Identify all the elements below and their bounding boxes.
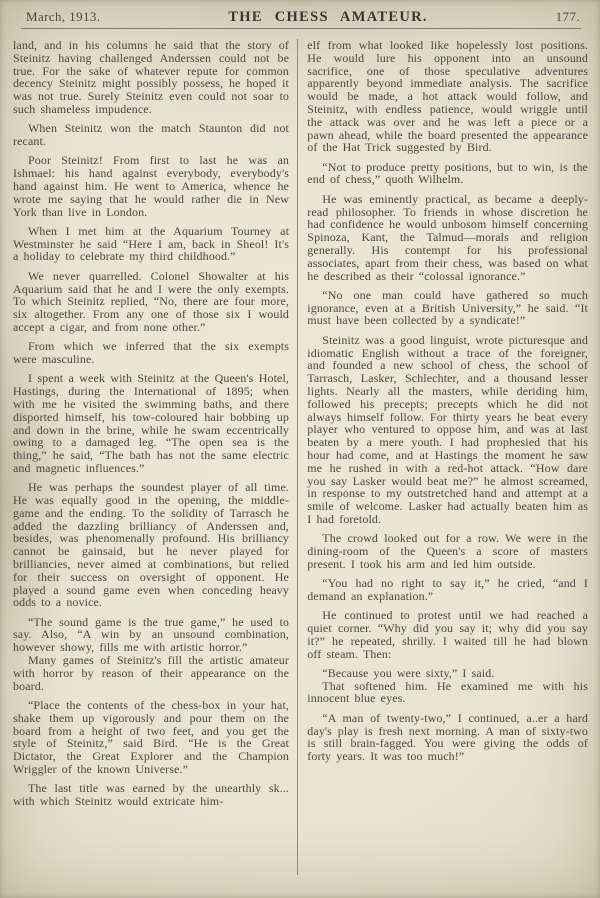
paragraph: I spent a week with Steinitz at the Quee… — [13, 372, 289, 474]
paragraph: The last title was earned by the unearth… — [13, 782, 289, 808]
magazine-page: March, 1913. THE CHESS AMATEUR. 177. lan… — [0, 0, 600, 898]
paragraph: “A man of twenty-two,” I continued, a..e… — [307, 712, 588, 763]
paragraph: Steinitz was a good linguist, wrote pict… — [307, 334, 588, 526]
journal-title: THE CHESS AMATEUR. — [100, 9, 555, 26]
paragraph: When I met him at the Aquarium Tourney a… — [13, 225, 289, 263]
left-column: land, and in his columns he said that th… — [13, 39, 289, 875]
paragraph: From which we inferred that the six exem… — [13, 340, 289, 366]
paragraph: Poor Steinitz! From first to last he was… — [13, 154, 289, 218]
paragraph: “No one man could have gathered so much … — [307, 289, 588, 327]
paragraph: He continued to protest until we had rea… — [307, 609, 588, 660]
paragraph: He was perhaps the soundest player of al… — [13, 481, 289, 609]
header-rule — [21, 28, 581, 29]
paragraph: “You had no right to say it,” he cried, … — [307, 577, 588, 603]
paragraph: We never quarrelled. Colonel Showalter a… — [13, 270, 289, 334]
paragraph: When Steinitz won the match Staunton did… — [13, 122, 289, 148]
paragraph: That softened him. He examined me with h… — [307, 680, 588, 706]
paragraph: “The sound game is the true game,” he us… — [13, 616, 289, 654]
page-number: 177. — [556, 9, 580, 25]
right-column: elf from what looked like hopelessly los… — [307, 39, 588, 875]
paragraph: Many games of Steinitz's fill the artist… — [13, 654, 289, 692]
page-header: March, 1913. THE CHESS AMATEUR. 177. — [26, 9, 580, 26]
issue-date: March, 1913. — [26, 9, 100, 25]
paragraph: “Place the contents of the chess-box in … — [13, 699, 289, 776]
paragraph: He was eminently practical, as became a … — [307, 193, 588, 283]
paragraph: “Not to produce pretty positions, but to… — [307, 161, 588, 187]
paragraph: elf from what looked like hopelessly los… — [307, 39, 588, 154]
paragraph: The crowd looked out for a row. We were … — [307, 532, 588, 570]
article-body: land, and in his columns he said that th… — [13, 39, 588, 875]
paragraph: land, and in his columns he said that th… — [13, 39, 289, 116]
paragraph: “Because you were sixty,” I said. — [307, 667, 588, 680]
column-divider — [297, 39, 298, 875]
